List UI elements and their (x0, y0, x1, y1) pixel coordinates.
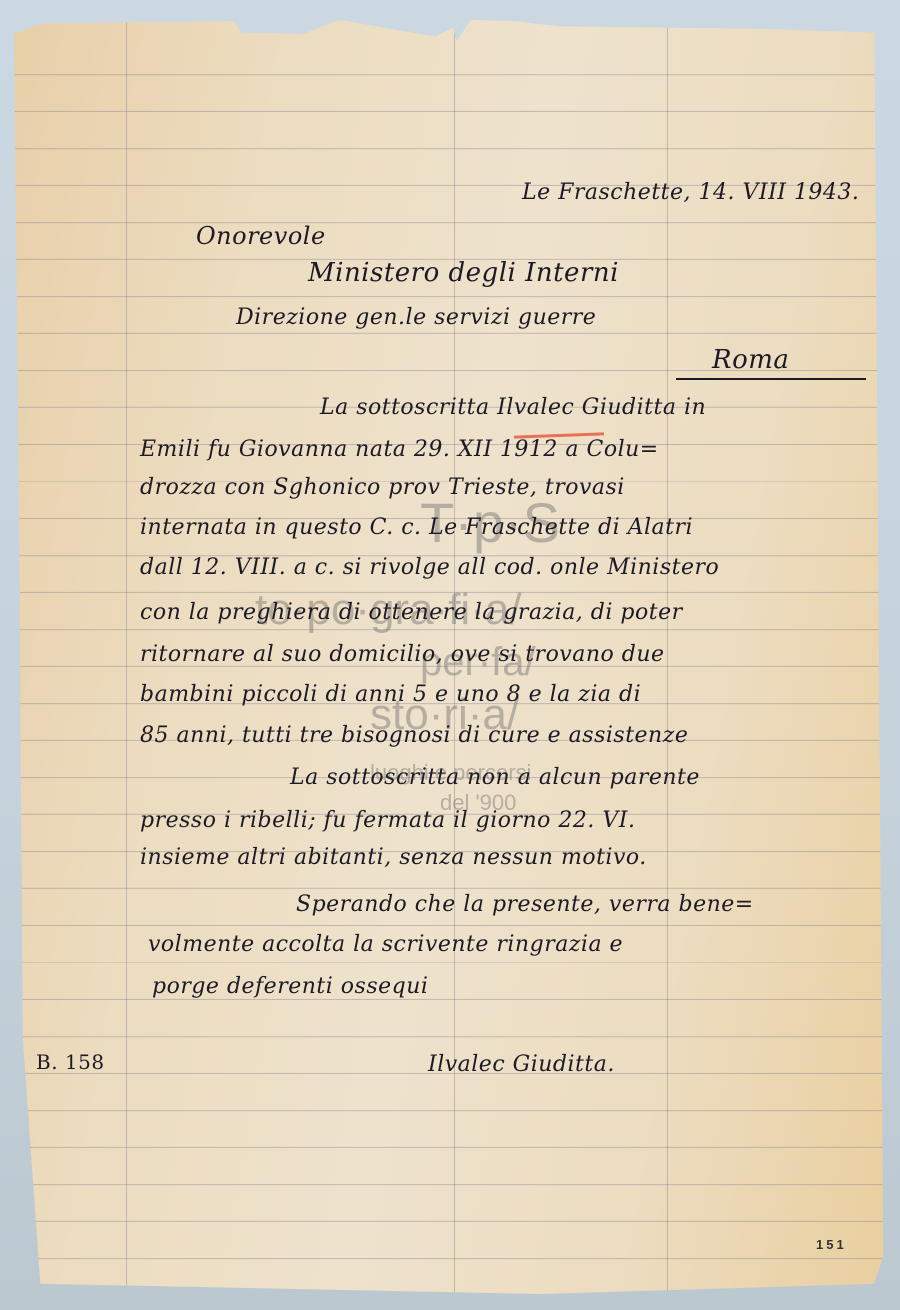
body-line-1: La sottoscritta Ilvalec Giuditta in (320, 395, 706, 420)
body-line-15: porge deferenti ossequi (152, 974, 428, 999)
signature: Ilvalec Giuditta. (428, 1052, 615, 1077)
body-line-5: dall 12. VIII. a c. si rivolge all cod. … (140, 555, 719, 580)
margin-note: B. 158 (36, 1050, 105, 1074)
body-line-14: volmente accolta la scrivente ringrazia … (148, 932, 623, 957)
margin-line-left (126, 16, 127, 1294)
body-line-4: internata in questo C. c. Le Fraschette … (140, 515, 693, 540)
body-line-11: presso i ribelli; fu fermata il giorno 2… (140, 808, 635, 833)
body-line-8: bambini piccoli di anni 5 e uno 8 e la z… (140, 682, 641, 707)
body-line-9: 85 anni, tutti tre bisognosi di cure e a… (140, 723, 688, 748)
body-line-12: insieme altri abitanti, senza nessun mot… (140, 845, 647, 870)
column-line-right (667, 16, 668, 1294)
body-line-2: Emili fu Giovanna nata 29. XII 1912 a Co… (140, 437, 659, 462)
city-underline (676, 378, 866, 380)
dateline: Le Fraschette, 14. VIII 1943. (522, 180, 859, 205)
salutation: Onorevole (196, 222, 326, 250)
body-line-3: drozza con Sghonico prov Trieste, trovas… (140, 475, 625, 500)
addressee-line2: Direzione gen.le servizi guerre (236, 305, 596, 330)
addressee-line1: Ministero degli Interni (308, 258, 619, 288)
body-line-13: Sperando che la presente, verra bene= (296, 892, 754, 917)
page-number: 151 (816, 1237, 847, 1252)
addressee-city: Roma (712, 345, 789, 375)
body-line-7: ritornare al suo domicilio, ove si trova… (140, 642, 665, 667)
body-line-6: con la preghiera di ottenere la grazia, … (140, 600, 683, 625)
body-line-10: La sottoscritta non a alcun parente (290, 765, 700, 790)
